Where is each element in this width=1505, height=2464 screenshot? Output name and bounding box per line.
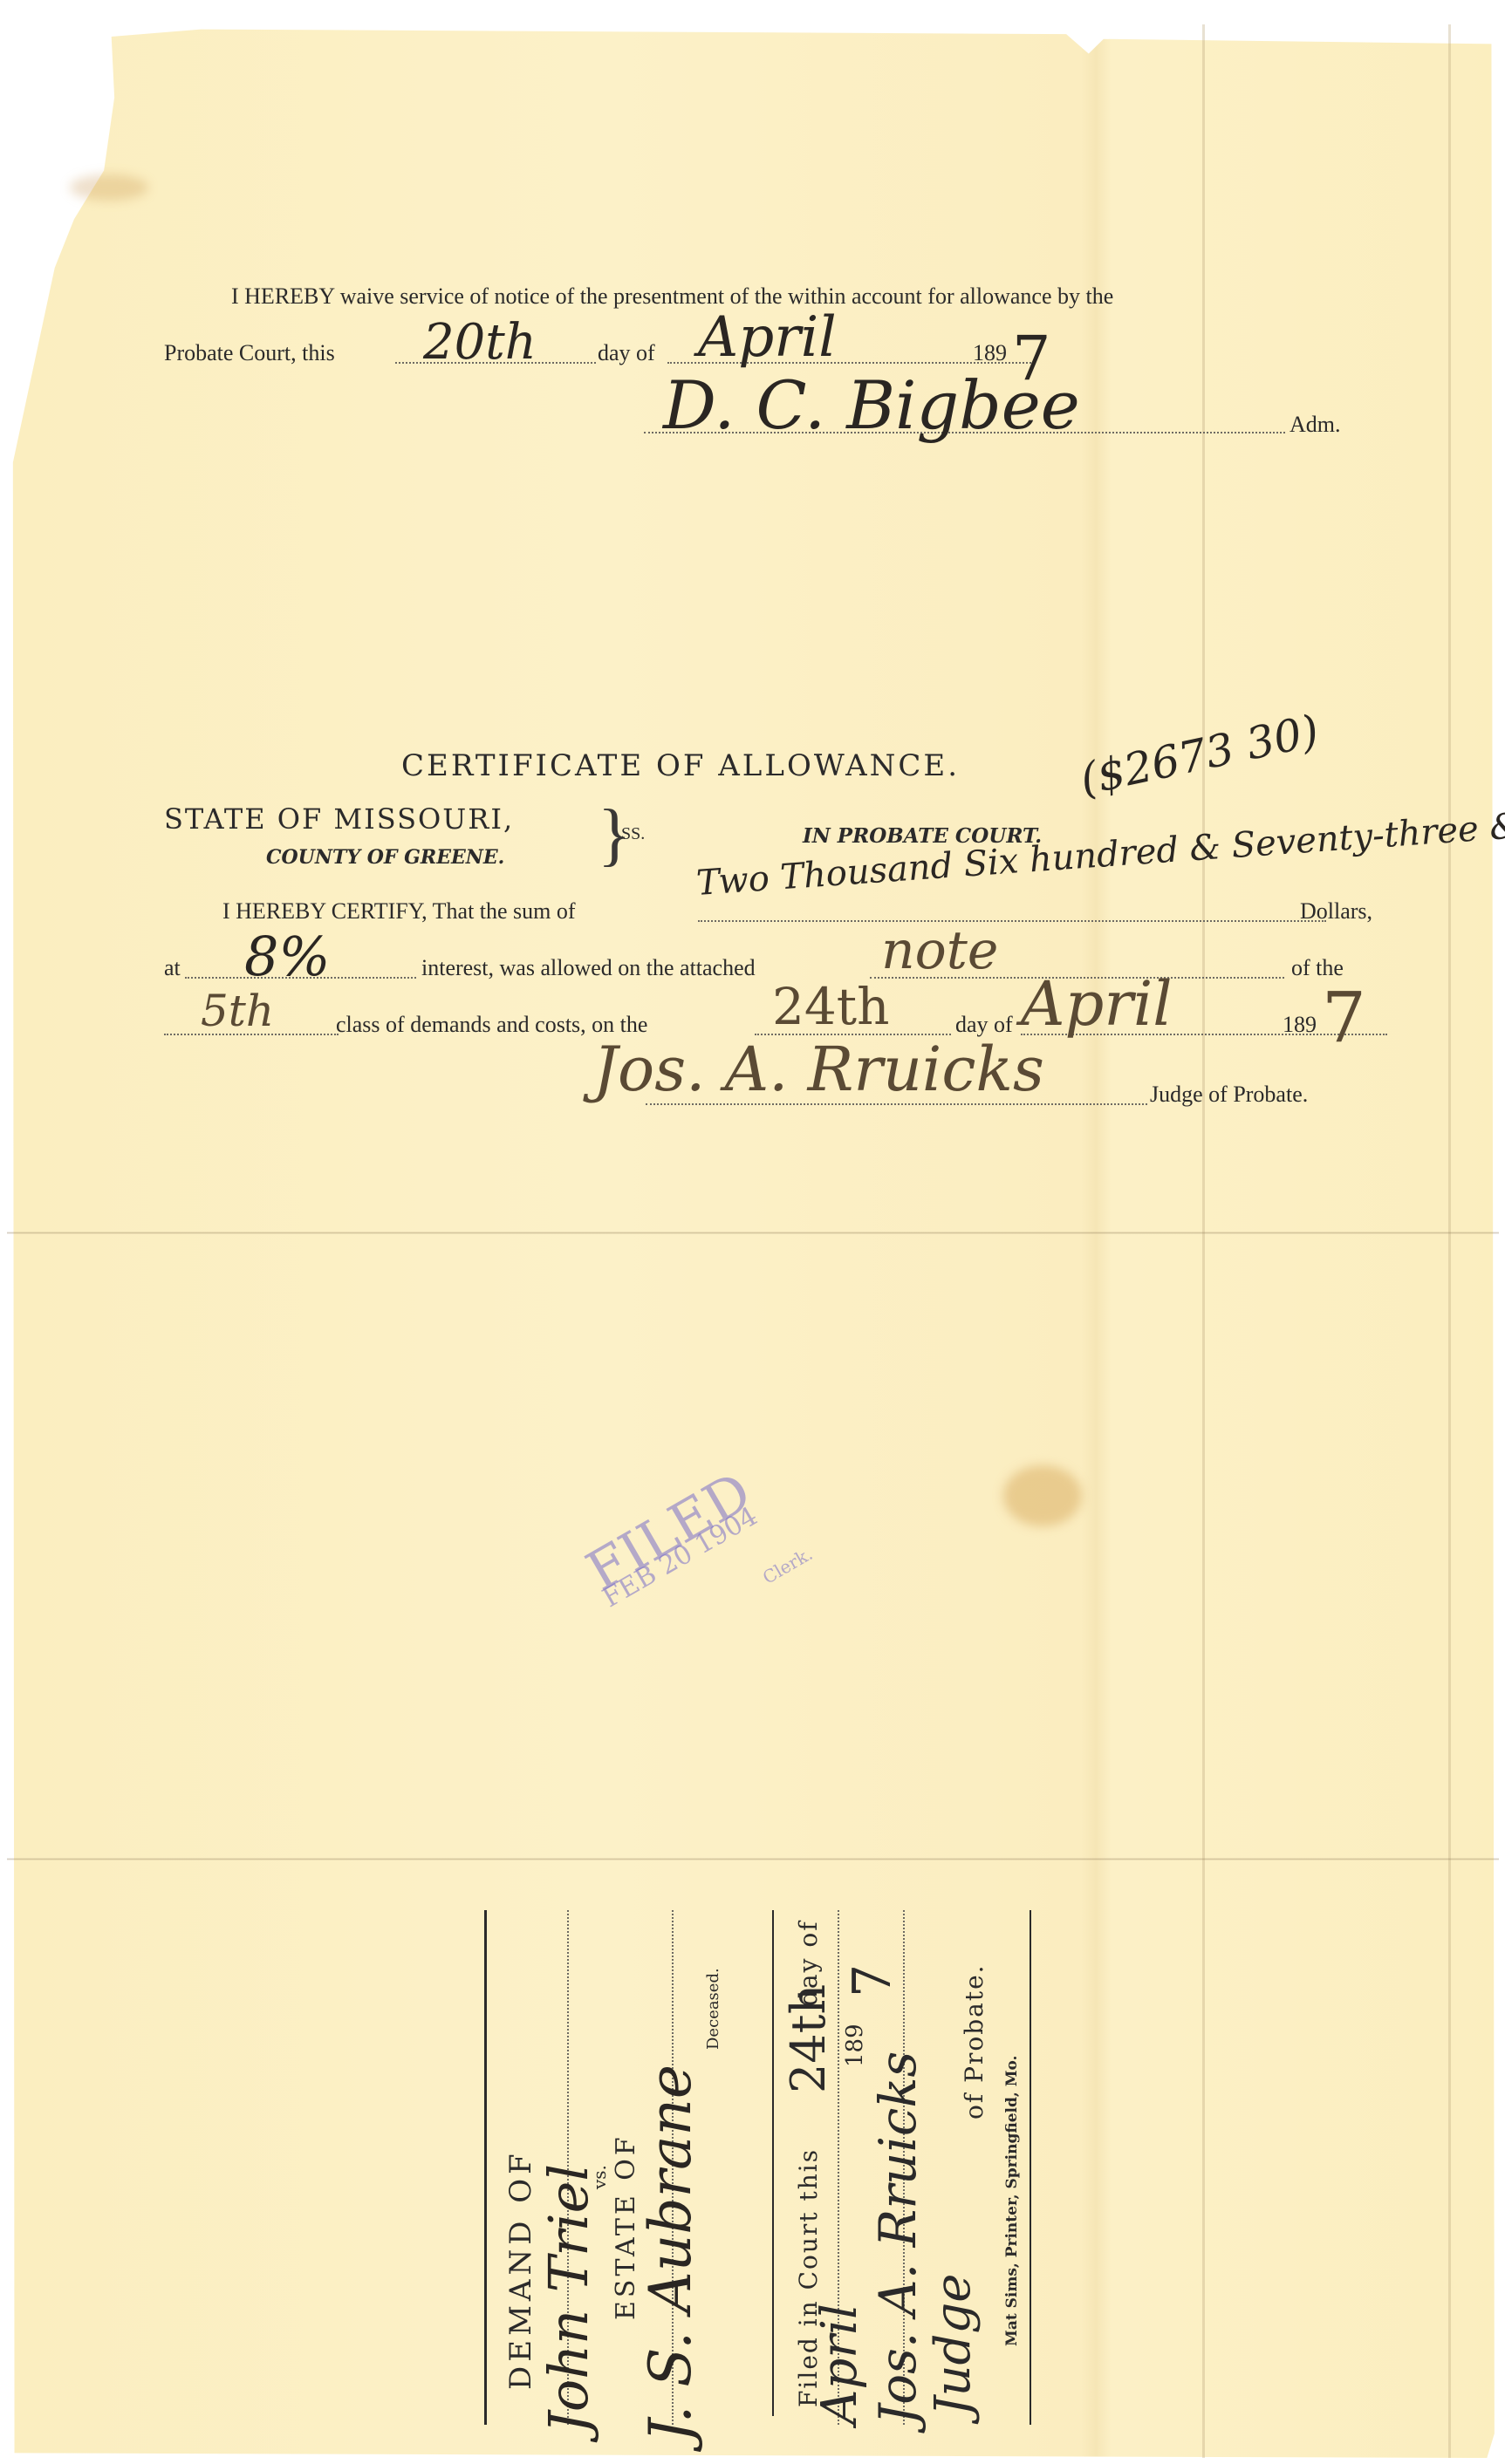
interest-text: interest, was allowed on the attached xyxy=(421,955,756,981)
dollars-label: Dollars, xyxy=(1300,898,1372,925)
cert-day-value: 24th xyxy=(772,977,889,1036)
ss-label: SS. xyxy=(621,824,645,844)
of-probate-label: of Probate. xyxy=(960,1963,989,2119)
docket-rule xyxy=(772,1910,774,2416)
deceased-label: Deceased. xyxy=(704,1968,722,2050)
administrator-label: Adm. xyxy=(1290,412,1341,438)
horizontal-fold xyxy=(7,1858,1499,1860)
judge-signature: Jos. A. Rruicks xyxy=(593,1034,1044,1105)
vertical-fold xyxy=(1202,24,1205,2458)
waiver-day-of-label: day of xyxy=(598,340,655,366)
certify-label: I HEREBY CERTIFY, That the sum of xyxy=(222,898,576,925)
class-value: 5th xyxy=(201,986,274,1036)
decedent-name: J. S. Aubrane xyxy=(637,2065,704,2442)
filed-day-of-label: day of xyxy=(794,1920,823,2006)
waiver-day-value: 20th xyxy=(423,314,537,371)
ink-stain xyxy=(1003,1465,1082,1526)
attached-item-value: note xyxy=(881,920,998,981)
cert-year-digit: 7 xyxy=(1322,977,1366,1058)
cert-month-value: April xyxy=(1021,968,1173,1040)
cert-year-prefix: 189 xyxy=(1283,1012,1317,1038)
at-label: at xyxy=(164,955,181,981)
judge-label: Judge of Probate. xyxy=(1150,1082,1308,1108)
docket-rule xyxy=(484,1910,487,2425)
waiver-court-label: Probate Court, this xyxy=(164,340,335,366)
certificate-title: CERTIFICATE OF ALLOWANCE. xyxy=(401,748,960,783)
printer-credit: Mat Sims, Printer, Springfield, Mo. xyxy=(1003,2056,1021,2346)
claimant-name: John Triel xyxy=(537,2164,600,2433)
ink-stain xyxy=(70,174,148,201)
docket-judge-title: Judge xyxy=(925,2274,982,2416)
interest-rate-value: 8% xyxy=(244,925,330,988)
docket-panel: DEMAND OF John Triel vs. ESTATE OF J. S.… xyxy=(484,1910,1051,2438)
state-label: STATE OF MISSOURI, xyxy=(164,802,514,836)
administrator-signature: D. C. Bigbee xyxy=(663,366,1080,444)
docket-judge-signature: Jos. A. Rruicks xyxy=(868,2051,927,2425)
waiver-year-prefix: 189 xyxy=(973,340,1007,366)
county-label: COUNTY OF GREENE. xyxy=(266,846,504,869)
filed-year-digit: 7 xyxy=(842,1964,903,1997)
demand-of-label: DEMAND OF xyxy=(503,2149,538,2390)
vs-label: vs. xyxy=(589,2165,610,2189)
horizontal-fold xyxy=(7,1232,1499,1234)
docket-rule xyxy=(1030,1910,1031,2425)
filed-month-value: April xyxy=(811,2304,868,2425)
waiver-text-line1: I HEREBY waive service of notice of the … xyxy=(231,283,1113,310)
filed-year-prefix: 189 xyxy=(842,2024,868,2067)
waiver-month-value: April xyxy=(698,305,837,370)
sum-field-line xyxy=(698,920,1326,922)
vertical-fold xyxy=(1448,24,1451,2458)
